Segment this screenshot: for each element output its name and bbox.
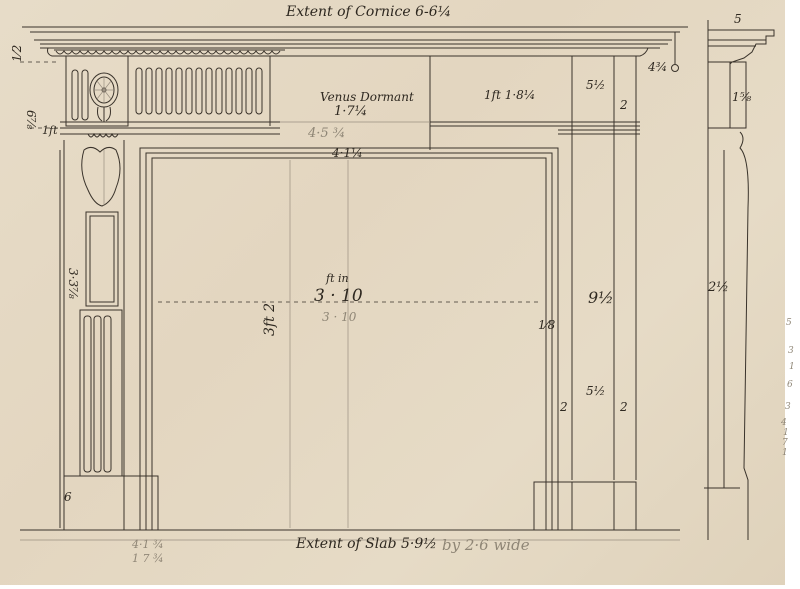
cornice bbox=[22, 27, 688, 72]
opening-head-dimension: 4·1¼ bbox=[332, 146, 363, 160]
left-top-dimension: 1⁄2 bbox=[10, 45, 24, 62]
egg-dart-molding bbox=[54, 50, 285, 54]
cap-side-dimension: 2 bbox=[620, 98, 628, 112]
opening-height-dimension: 3ft 2 bbox=[262, 303, 278, 336]
patera-rosette bbox=[90, 73, 118, 122]
slab-extent-label: Extent of Slab 5·9½ bbox=[296, 536, 437, 552]
cornice-projection-dimension: 4¾ bbox=[648, 60, 667, 74]
profile-top-dimension: 5 bbox=[734, 12, 742, 26]
cornice-extent-label: Extent of Cornice 6-6¼ bbox=[286, 4, 451, 20]
chimneypiece-drawing bbox=[0, 0, 800, 589]
jamb-width-dimension: 9½ bbox=[588, 288, 614, 307]
left-small-dimension: 1ft bbox=[42, 124, 58, 137]
right-pilaster bbox=[534, 56, 640, 530]
cap-width-dimension: 5½ bbox=[586, 78, 605, 92]
left-frieze-dimension: 6⅞ bbox=[24, 110, 38, 129]
pencil-upper-note: 4·5 ¾ bbox=[308, 126, 345, 141]
profile-mid-dimension: 1⅝ bbox=[732, 90, 751, 104]
left-plinth-dimension: 6 bbox=[64, 490, 72, 504]
left-jamb-dimension: 3·3⅞ bbox=[66, 268, 80, 299]
corner-pencil-note-1: 4·1 ¾ bbox=[132, 538, 164, 551]
frieze-width-dimension: 1ft 1·8¼ bbox=[484, 88, 535, 102]
venus-dormant-dimension: 1·7¼ bbox=[334, 104, 367, 119]
small-left-dimension: 2 bbox=[560, 400, 568, 414]
left-pilaster bbox=[64, 140, 158, 530]
jamb-inner-dimension: 5½ bbox=[586, 384, 605, 398]
opening-width-dimension: 3 · 10 bbox=[314, 286, 363, 306]
small-right-dimension: 2 bbox=[620, 400, 628, 414]
profile-jamb-dimension: 2½ bbox=[708, 280, 729, 295]
slab-pencil-note: by 2·6 wide bbox=[442, 536, 530, 554]
venus-dormant-label: Venus Dormant bbox=[320, 90, 414, 104]
fireplace-opening bbox=[140, 148, 558, 530]
bead-dimension: 1⁄8 bbox=[538, 318, 555, 332]
corner-pencil-note-2: 1 7 ¾ bbox=[132, 552, 164, 565]
opening-width-unit: ft in bbox=[326, 272, 349, 285]
opening-width-pencil: 3 · 10 bbox=[322, 310, 356, 324]
drawing-sheet: Extent of Cornice 6-6¼ Venus Dormant 1·7… bbox=[0, 0, 800, 589]
